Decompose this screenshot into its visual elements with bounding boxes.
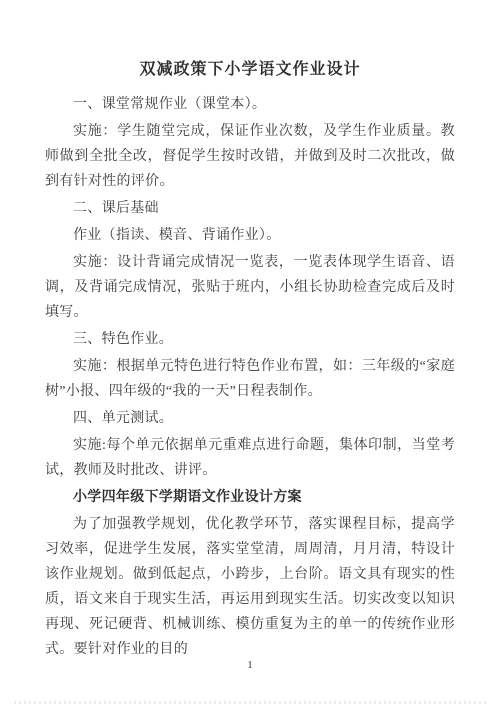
paragraph: 四、单元测试。 <box>45 406 455 431</box>
paragraph: 二、课后基础 <box>45 196 455 221</box>
paragraph: 实施：学生随堂完成，保证作业次数，及学生作业质量。教师做到全批全改，督促学生按时… <box>45 119 455 194</box>
scan-artifact-line <box>14 701 486 704</box>
paragraph: 实施:每个单元依据单元重难点进行命题，集体印制，当堂考试，教师及时批改、讲评。 <box>45 433 455 483</box>
page-number: 1 <box>0 659 500 671</box>
document-content: 双减政策下小学语文作业设计 一、课堂常规作业（课堂本）。实施：学生随堂完成，保证… <box>0 0 500 662</box>
paragraph: 三、特色作业。 <box>45 327 455 352</box>
document-page: 双减政策下小学语文作业设计 一、课堂常规作业（课堂本）。实施：学生随堂完成，保证… <box>0 0 500 707</box>
paragraph: 为了加强教学规划，优化教学环节，落实课程目标，提高学习效率，促进学生发展，落实堂… <box>45 512 455 662</box>
paragraph: 作业（指读、模音、背诵作业）。 <box>45 223 455 248</box>
document-body: 一、课堂常规作业（课堂本）。实施：学生随堂完成，保证作业次数，及学生作业质量。教… <box>45 92 455 662</box>
document-title: 双减政策下小学语文作业设计 <box>45 56 455 79</box>
paragraph: 实施：设计背诵完成情况一览表，一览表体现学生语音、语调，及背诵完成情况，张贴于班… <box>45 250 455 325</box>
paragraph: 实施：根据单元特色进行特色作业布置，如：三年级的“家庭树”小报、四年级的“我的一… <box>45 354 455 404</box>
section-heading: 小学四年级下学期语文作业设计方案 <box>45 485 455 510</box>
paragraph: 一、课堂常规作业（课堂本）。 <box>45 92 455 117</box>
